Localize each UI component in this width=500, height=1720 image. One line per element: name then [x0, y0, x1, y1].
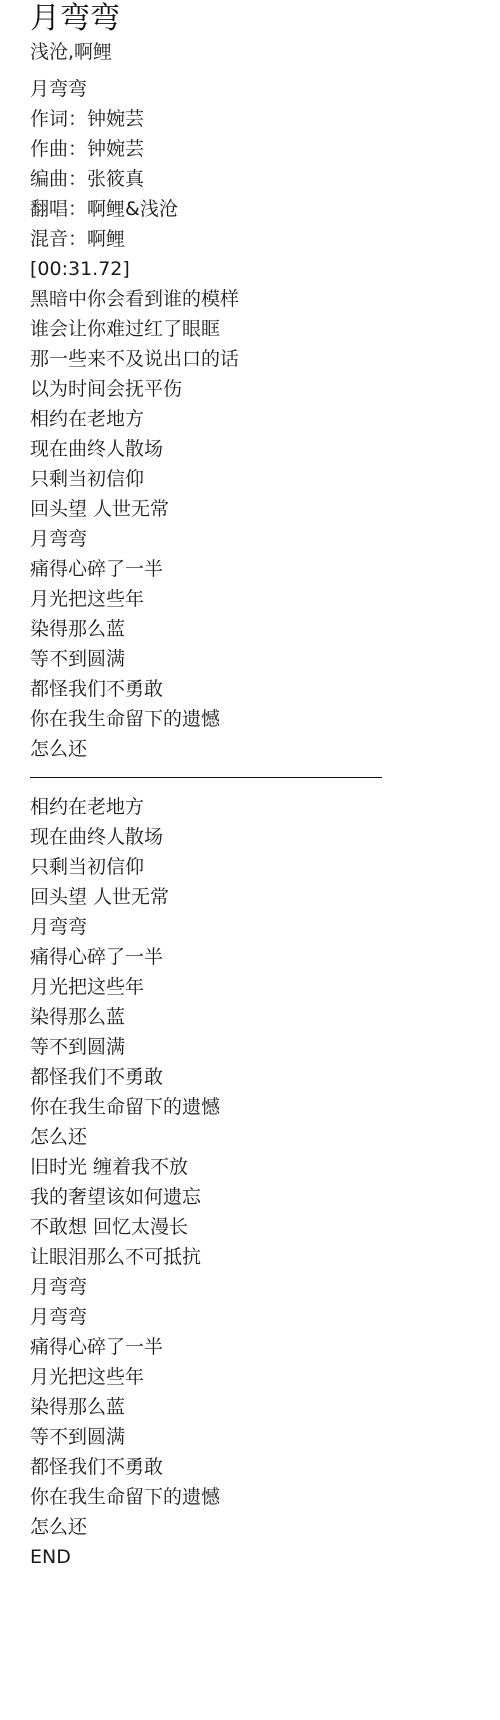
lyric-line: 作词：钟婉芸 [30, 104, 470, 134]
lyric-line: 黑暗中你会看到谁的模样 [30, 284, 470, 314]
lyric-line: 月弯弯 [30, 912, 470, 942]
lyric-line: 染得那么蓝 [30, 1002, 470, 1032]
lyric-line: 现在曲终人散场 [30, 434, 470, 464]
lyric-line: 你在我生命留下的遗憾 [30, 1092, 470, 1122]
lyric-line: 等不到圆满 [30, 1422, 470, 1452]
lyric-line: 相约在老地方 [30, 792, 470, 822]
lyric-line: 让眼泪那么不可抵抗 [30, 1242, 470, 1272]
lyric-line: 混音：啊鲤 [30, 224, 470, 254]
lyric-line: 现在曲终人散场 [30, 822, 470, 852]
lyric-line: 以为时间会抚平伤 [30, 374, 470, 404]
lyric-line: 染得那么蓝 [30, 614, 470, 644]
section-divider [30, 777, 382, 778]
lyric-line: 月弯弯 [30, 74, 470, 104]
lyric-line: 我的奢望该如何遗忘 [30, 1182, 470, 1212]
lyric-end-marker: END [30, 1542, 470, 1572]
lyrics-section-1: 月弯弯 作词：钟婉芸 作曲：钟婉芸 编曲：张筱真 翻唱：啊鲤&浅沧 混音：啊鲤 … [30, 74, 470, 764]
lyric-line: 回头望 人世无常 [30, 882, 470, 912]
lyric-line: 那一些来不及说出口的话 [30, 344, 470, 374]
lyric-line: 月光把这些年 [30, 584, 470, 614]
lyric-line: 都怪我们不勇敢 [30, 674, 470, 704]
lyric-line: 作曲：钟婉芸 [30, 134, 470, 164]
lyric-line: 编曲：张筱真 [30, 164, 470, 194]
lyric-line: 回头望 人世无常 [30, 494, 470, 524]
lyric-line: 等不到圆满 [30, 644, 470, 674]
lyric-line: 月弯弯 [30, 1302, 470, 1332]
lyric-line: 都怪我们不勇敢 [30, 1062, 470, 1092]
lyric-line: 染得那么蓝 [30, 1392, 470, 1422]
lyric-line: 怎么还 [30, 734, 470, 764]
lyric-line: 你在我生命留下的遗憾 [30, 1482, 470, 1512]
lyric-timestamp: [00:31.72] [30, 254, 470, 284]
lyric-line: 痛得心碎了一半 [30, 1332, 470, 1362]
lyric-line: 你在我生命留下的遗憾 [30, 704, 470, 734]
lyrics-section-2: 相约在老地方 现在曲终人散场 只剩当初信仰 回头望 人世无常 月弯弯 痛得心碎了… [30, 792, 470, 1572]
lyric-line: 相约在老地方 [30, 404, 470, 434]
lyric-line: 只剩当初信仰 [30, 852, 470, 882]
lyric-line: 翻唱：啊鲤&浅沧 [30, 194, 470, 224]
lyrics-page: 月弯弯 浅沧,啊鲤 月弯弯 作词：钟婉芸 作曲：钟婉芸 编曲：张筱真 翻唱：啊鲤… [30, 0, 470, 1572]
lyric-line: 怎么还 [30, 1512, 470, 1542]
lyric-line: 旧时光 缠着我不放 [30, 1152, 470, 1182]
lyric-line: 月弯弯 [30, 524, 470, 554]
lyric-line: 痛得心碎了一半 [30, 554, 470, 584]
lyric-line: 不敢想 回忆太漫长 [30, 1212, 470, 1242]
song-artist: 浅沧,啊鲤 [30, 39, 470, 65]
lyric-line: 怎么还 [30, 1122, 470, 1152]
lyric-line: 月光把这些年 [30, 972, 470, 1002]
lyric-line: 月弯弯 [30, 1272, 470, 1302]
lyric-line: 都怪我们不勇敢 [30, 1452, 470, 1482]
lyric-line: 只剩当初信仰 [30, 464, 470, 494]
lyric-line: 等不到圆满 [30, 1032, 470, 1062]
song-title: 月弯弯 [30, 1, 470, 37]
lyric-line: 月光把这些年 [30, 1362, 470, 1392]
lyric-line: 痛得心碎了一半 [30, 942, 470, 972]
lyric-line: 谁会让你难过红了眼眶 [30, 314, 470, 344]
